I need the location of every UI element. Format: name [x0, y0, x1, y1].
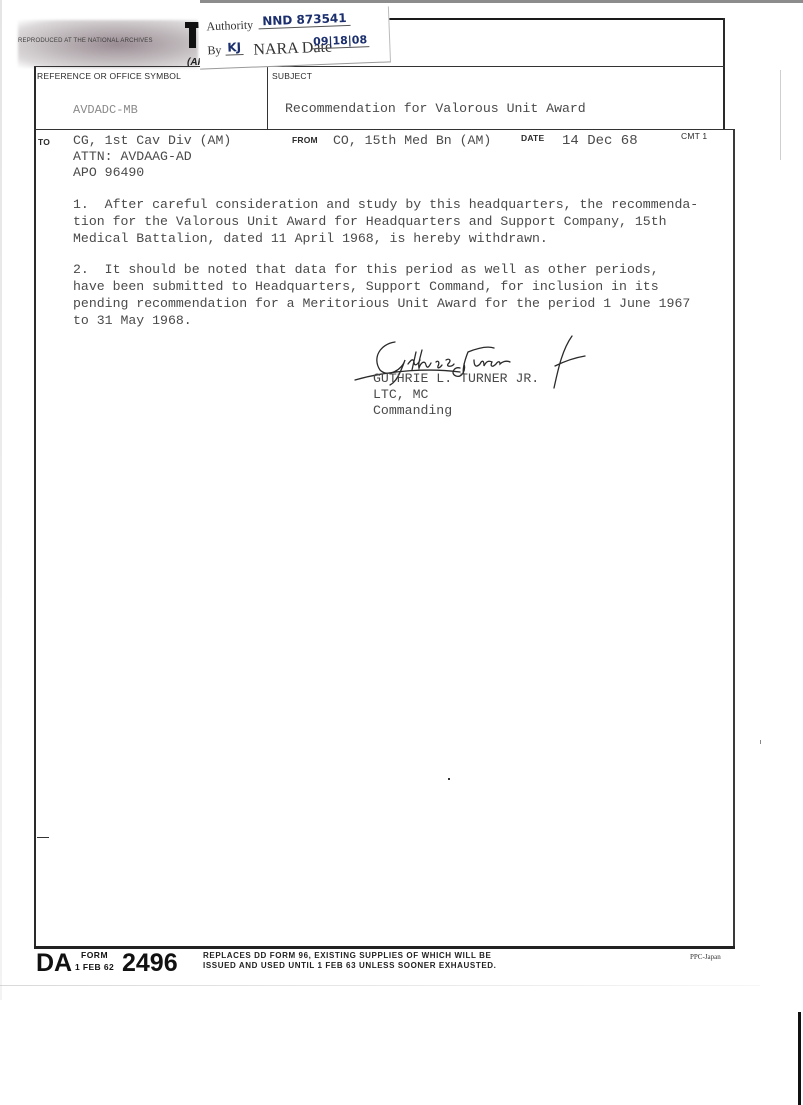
authority-value: NND 873541: [258, 11, 351, 30]
scan-edge-top: [200, 0, 803, 3]
reference-value: AVDADC-MB: [73, 103, 138, 117]
printer-mark: PPC-Japan: [690, 953, 721, 961]
signature-block: GUTHRIE L. TURNER JR. LTC, MC Commanding: [373, 371, 539, 419]
archive-stamp: [18, 20, 198, 68]
divider-address: [34, 129, 735, 130]
declassification-slip: Authority NND 873541 By KJ NARA Date 09|…: [198, 6, 391, 69]
scan-edge-corner: [798, 1012, 801, 1105]
form-border-right: [733, 130, 735, 948]
by-value: KJ: [225, 40, 243, 56]
divider-subject: [267, 66, 268, 130]
scan-edge-left: [0, 0, 2, 1000]
to-label: TO: [38, 137, 50, 147]
scan-speck: [448, 778, 450, 780]
form-series: DA: [36, 949, 72, 978]
form-number: 2496: [122, 949, 178, 978]
form-title-fragment: [185, 22, 199, 54]
scan-edge-right: [780, 70, 781, 160]
form-edition-date: 1 FEB 62: [75, 962, 114, 972]
fold-mark: [37, 837, 49, 838]
subject-label: SUBJECT: [272, 71, 312, 81]
comment-number: CMT 1: [681, 131, 707, 141]
form-border-left: [34, 66, 36, 948]
subject-value: Recommendation for Valorous Unit Award: [285, 101, 586, 116]
to-address: CG, 1st Cav Div (AM) ATTN: AVDAAG-AD APO…: [73, 133, 231, 181]
reference-label: REFERENCE OR OFFICE SYMBOL: [37, 71, 181, 81]
by-label: By: [207, 43, 222, 59]
form-border-right-upper: [723, 18, 725, 130]
signer-title: Commanding: [373, 403, 539, 419]
date-value: 14 Dec 68: [562, 133, 638, 149]
scan-edge-bottom: [0, 985, 760, 986]
signer-rank: LTC, MC: [373, 387, 539, 403]
from-value: CO, 15th Med Bn (AM): [333, 133, 491, 148]
scan-speck: [760, 740, 761, 744]
replaces-note: REPLACES DD FORM 96, EXISTING SUPPLIES O…: [203, 951, 497, 971]
to-line: APO 96490: [73, 165, 231, 181]
authority-label: Authority: [206, 18, 253, 35]
nara-date-value: 09|18|08: [311, 33, 369, 49]
paragraph-1: 1. After careful consideration and study…: [73, 196, 713, 247]
form-word: FORM: [81, 950, 108, 960]
to-line: ATTN: AVDAAG-AD: [73, 149, 231, 165]
paragraph-2: 2. It should be noted that data for this…: [73, 261, 713, 329]
to-line: CG, 1st Cav Div (AM): [73, 133, 231, 149]
signer-name: GUTHRIE L. TURNER JR.: [373, 371, 539, 387]
date-label: DATE: [521, 133, 544, 143]
archive-stamp-text: REPRODUCED AT THE NATIONAL ARCHIVES: [18, 38, 153, 44]
from-label: FROM: [292, 135, 318, 145]
divider-header: [34, 66, 725, 67]
